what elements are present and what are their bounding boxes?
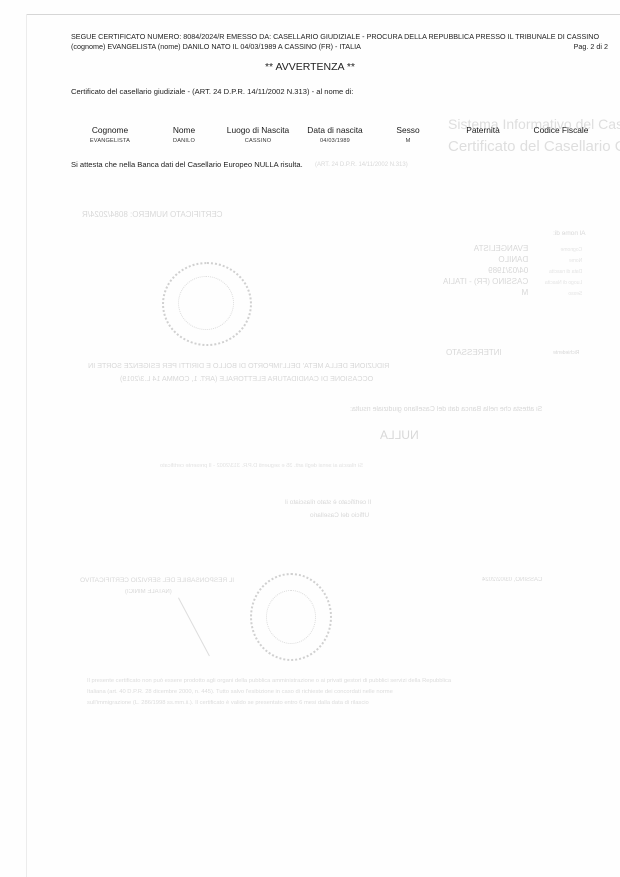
ghost-value: EVANGELISTA [443,243,528,254]
column-header: Data di nascita [300,125,370,135]
page-number: Pag. 2 di 2 [574,42,608,52]
ghost-label: Cognome [545,245,582,256]
ghost-label: Data di nascita [545,267,582,278]
ghost-nulla: NULLA [380,428,419,442]
ghost-footer-line: Italiana (art. 40 D.P.R. 28 dicembre 200… [87,687,451,698]
ghost-rilasciato: Si rilascia ai sensi degli artt. 35 e se… [160,463,363,469]
column-nome: Nome DANILO [164,125,204,144]
column-paternita: Paternità [458,125,508,138]
column-header: Cognome [80,125,140,135]
ghost-richiedente: INTERESSATO [446,348,502,357]
ghost-data-rilascio: Il certificato è stato rilasciato il [285,499,371,506]
ghost-cert-number: CERTIFICATO NUMERO: 8084/2024/R [82,210,223,219]
column-value: DANILO [164,138,204,144]
ghost-seal-inner [266,590,316,644]
ghost-uso-line1: RIDUZIONE DELLA META' DELL'IMPORTO DI BO… [88,361,389,370]
scan-edge [26,14,27,877]
column-value: CASSINO [220,138,296,144]
ghost-stamp-inner [178,276,234,330]
ghost-signature-icon [178,598,210,657]
ghost-luogo: CASSINO, 03/02/2024 [482,577,542,583]
column-value: EVANGELISTA [80,138,140,144]
ghost-value: CASSINO (FR) - ITALIA [443,276,528,287]
column-data-nascita: Data di nascita 04/03/1989 [300,125,370,144]
ghost-footer: Il presente certificato non può essere p… [87,676,451,709]
ghost-value: M [443,287,528,298]
column-value: M [390,138,426,144]
column-codice-fiscale: Codice Fiscale [526,125,596,138]
ghost-responsabile-name: (NATALE MINICI) [125,589,172,595]
ghost-banca-dati: Si attesta che nella Banca dati del Case… [350,406,542,413]
column-luogo-nascita: Luogo di Nascita CASSINO [220,125,296,144]
column-header: Paternità [458,125,508,135]
column-value: 04/03/1989 [300,138,370,144]
header-line-2: (cognome) EVANGELISTA (nome) DANILO NATO… [71,42,616,52]
ghost-labels: Cognome Nome Data di nascita Luogo di Na… [545,245,582,300]
header-line-1: SEGUE CERTIFICATO NUMERO: 8084/2024/R EM… [71,32,616,42]
certificate-header: SEGUE CERTIFICATO NUMERO: 8084/2024/R EM… [71,32,616,52]
ghost-label: Nome [545,256,582,267]
ghost-label: Luogo di Nascita [545,278,582,289]
ghost-label: Sesso [545,289,582,300]
scan-edge [26,14,620,15]
column-sesso: Sesso M [390,125,426,144]
ghost-al-nome-di: Al nome di: [553,230,586,237]
ghost-cert-title: Certificato del Casellario Giudiziale [448,138,620,155]
page-title: ** AVVERTENZA ** [0,61,620,73]
ghost-footer-line: Il presente certificato non può essere p… [87,676,451,687]
ghost-cert-sub: (ART. 24 D.P.R. 14/11/2002 N.313) [315,162,408,168]
ghost-official-seal-icon [250,573,332,661]
ghost-ufficio: Ufficio del Casellario [310,512,369,519]
document-page: Sistema Informativo del Casellario Certi… [0,0,620,877]
intro-text: Certificato del casellario giudiziale - … [71,87,353,96]
ghost-footer-line: sull'immigrazione (L. 286/1998 ss.mm.ii.… [87,698,451,709]
ghost-values: EVANGELISTA DANILO 04/03/1989 CASSINO (F… [443,243,528,298]
ghost-value: 04/03/1989 [443,265,528,276]
ghost-stamp-icon [162,262,252,346]
attestation-text: Si attesta che nella Banca dati del Case… [71,160,303,169]
column-header: Nome [164,125,204,135]
column-header: Luogo di Nascita [220,125,296,135]
ghost-responsabile: IL RESPONSABILE DEL SERVIZIO CERTIFICATI… [80,577,234,584]
column-cognome: Cognome EVANGELISTA [80,125,140,144]
ghost-value: DANILO [443,254,528,265]
column-header: Codice Fiscale [526,125,596,135]
ghost-uso-line2: OCCASIONE DI CANDIDATURA ELETTORALE (ART… [120,374,373,383]
ghost-richiedente-label: Richiedente [553,350,579,356]
column-header: Sesso [390,125,426,135]
